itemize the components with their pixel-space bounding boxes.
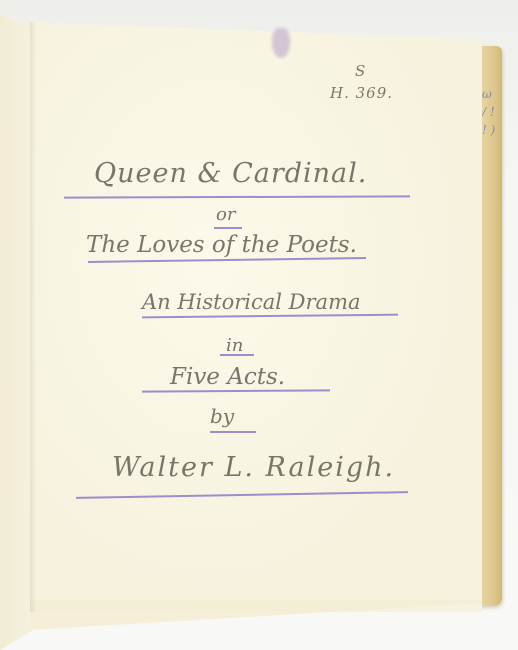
in-underline (220, 354, 254, 356)
edge-pencil-marks: ω / ! ! ) (482, 85, 496, 195)
or-underline (214, 227, 242, 229)
purple-ink-stain (272, 28, 290, 58)
binding-gutter (30, 22, 36, 612)
title-text: Queen & Cardinal. (94, 158, 367, 189)
left-facing-page (0, 14, 32, 650)
or-text: or (216, 204, 235, 225)
in-text: in (226, 335, 243, 356)
manuscript-page (30, 22, 482, 612)
catalog-mark-line1: S (355, 62, 366, 80)
genre-text: An Historical Drama (142, 290, 361, 314)
catalog-mark-line2: H. 369. (330, 84, 393, 102)
by-underline (210, 431, 256, 433)
photo-scene: ω / ! ! ) S H. 369. Queen & Cardinal. or… (0, 0, 518, 650)
subtitle-text: The Loves of the Poets. (86, 232, 357, 258)
by-text: by (210, 404, 234, 428)
acts-text: Five Acts. (170, 364, 285, 390)
author-text: Walter L. Raleigh. (112, 452, 395, 483)
